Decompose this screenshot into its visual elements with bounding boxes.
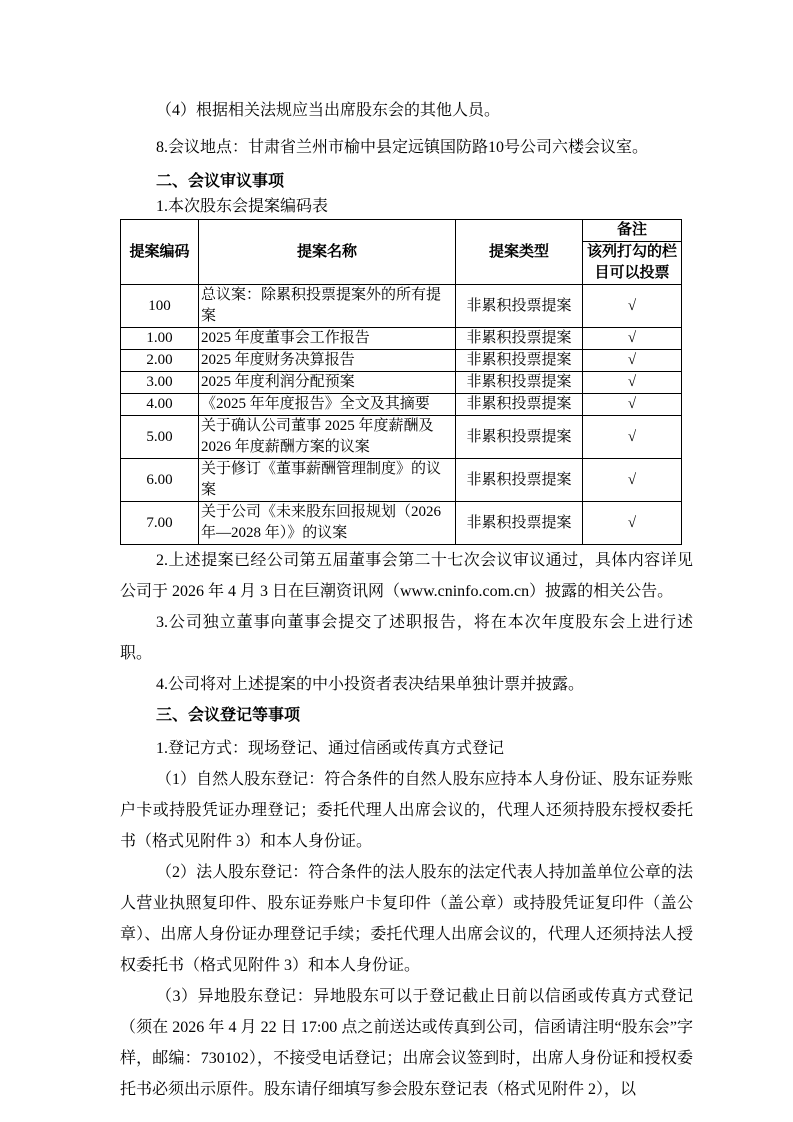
paragraph-legal-person-registration: （2）法人股东登记：符合条件的法人股东的法定代表人持加盖单位公章的法人营业执照复…: [120, 857, 693, 981]
note-independent-directors: 3.公司独立董事向董事会提交了述职报告，将在本次年度股东会上进行述职。: [120, 607, 693, 669]
table-row: 100 总议案：除累积投票提案外的所有提案 非累积投票提案 √: [121, 285, 682, 328]
vote-checkmark: √: [583, 502, 682, 545]
table-row: 6.00 关于修订《董事薪酬管理制度》的议案 非累积投票提案 √: [121, 459, 682, 502]
proposal-type: 非累积投票提案: [456, 502, 583, 545]
table-row: 4.00 《2025 年年度报告》全文及其摘要 非累积投票提案 √: [121, 394, 682, 416]
proposal-type: 非累积投票提案: [456, 328, 583, 350]
proposal-code: 4.00: [121, 394, 199, 416]
table-row: 2.00 2025 年度财务决算报告 非累积投票提案 √: [121, 350, 682, 372]
vote-checkmark: √: [583, 416, 682, 459]
proposal-code: 6.00: [121, 459, 199, 502]
table-row: 3.00 2025 年度利润分配预案 非累积投票提案 √: [121, 372, 682, 394]
header-proposal-type: 提案类型: [456, 220, 583, 285]
paragraph-natural-person-registration: （1）自然人股东登记：符合条件的自然人股东应持本人身份证、股东证券账户卡或持股凭…: [120, 764, 693, 857]
proposal-name: 2025 年度利润分配预案: [199, 372, 456, 394]
proposal-name: 关于公司《未来股东回报规划（2026 年—2028 年）》的议案: [199, 502, 456, 545]
proposal-name: 关于确认公司董事 2025 年度薪酬及 2026 年度薪酬方案的议案: [199, 416, 456, 459]
table-row: 7.00 关于公司《未来股东回报规划（2026 年—2028 年）》的议案 非累…: [121, 502, 682, 545]
section-heading-deliberation: 二、会议审议事项: [120, 169, 693, 195]
proposal-name: 总议案：除累积投票提案外的所有提案: [199, 285, 456, 328]
proposal-name: 关于修订《董事薪酬管理制度》的议案: [199, 459, 456, 502]
proposal-table: 提案编码 提案名称 提案类型 备注 该列打勾的栏目可以投票 100 总议案：除累…: [120, 219, 682, 545]
proposal-code: 1.00: [121, 328, 199, 350]
table-header-row: 提案编码 提案名称 提案类型 备注: [121, 220, 682, 242]
proposal-name: 《2025 年年度报告》全文及其摘要: [199, 394, 456, 416]
vote-checkmark: √: [583, 394, 682, 416]
table-caption: 1.本次股东会提案编码表: [120, 195, 693, 219]
vote-checkmark: √: [583, 285, 682, 328]
vote-checkmark: √: [583, 328, 682, 350]
table-row: 1.00 2025 年度董事会工作报告 非累积投票提案 √: [121, 328, 682, 350]
note-minority-investors: 4.公司将对上述提案的中小投资者表决结果单独计票并披露。: [120, 669, 693, 700]
proposal-code: 5.00: [121, 416, 199, 459]
header-proposal-code: 提案编码: [121, 220, 199, 285]
header-remark-note: 该列打勾的栏目可以投票: [583, 242, 682, 285]
paragraph-remote-shareholder-registration: （3）异地股东登记：异地股东可以于登记截止日前以信函或传真方式登记（须在 202…: [120, 981, 693, 1105]
header-remark: 备注: [583, 220, 682, 242]
vote-checkmark: √: [583, 350, 682, 372]
proposal-name: 2025 年度财务决算报告: [199, 350, 456, 372]
proposal-code: 2.00: [121, 350, 199, 372]
proposal-code: 3.00: [121, 372, 199, 394]
proposal-code: 7.00: [121, 502, 199, 545]
proposal-type: 非累积投票提案: [456, 350, 583, 372]
proposal-type: 非累积投票提案: [456, 459, 583, 502]
proposal-name: 2025 年度董事会工作报告: [199, 328, 456, 350]
vote-checkmark: √: [583, 459, 682, 502]
proposal-type: 非累积投票提案: [456, 394, 583, 416]
paragraph-other-attendees: （4）根据相关法规应当出席股东会的其他人员。: [120, 95, 693, 126]
header-proposal-name: 提案名称: [199, 220, 456, 285]
document-page: （4）根据相关法规应当出席股东会的其他人员。 8.会议地点：甘肃省兰州市榆中县定…: [0, 0, 793, 1122]
paragraph-meeting-location: 8.会议地点：甘肃省兰州市榆中县定远镇国防路10号公司六楼会议室。: [120, 132, 693, 163]
table-row: 5.00 关于确认公司董事 2025 年度薪酬及 2026 年度薪酬方案的议案 …: [121, 416, 682, 459]
proposal-type: 非累积投票提案: [456, 372, 583, 394]
proposal-code: 100: [121, 285, 199, 328]
paragraph-registration-methods: 1.登记方式：现场登记、通过信函或传真方式登记: [120, 733, 693, 764]
vote-checkmark: √: [583, 372, 682, 394]
proposal-type: 非累积投票提案: [456, 285, 583, 328]
section-heading-registration: 三、会议登记等事项: [120, 703, 693, 729]
proposal-type: 非累积投票提案: [456, 416, 583, 459]
note-board-approval: 2.上述提案已经公司第五届董事会第二十七次会议审议通过，具体内容详见公司于 20…: [120, 545, 693, 607]
